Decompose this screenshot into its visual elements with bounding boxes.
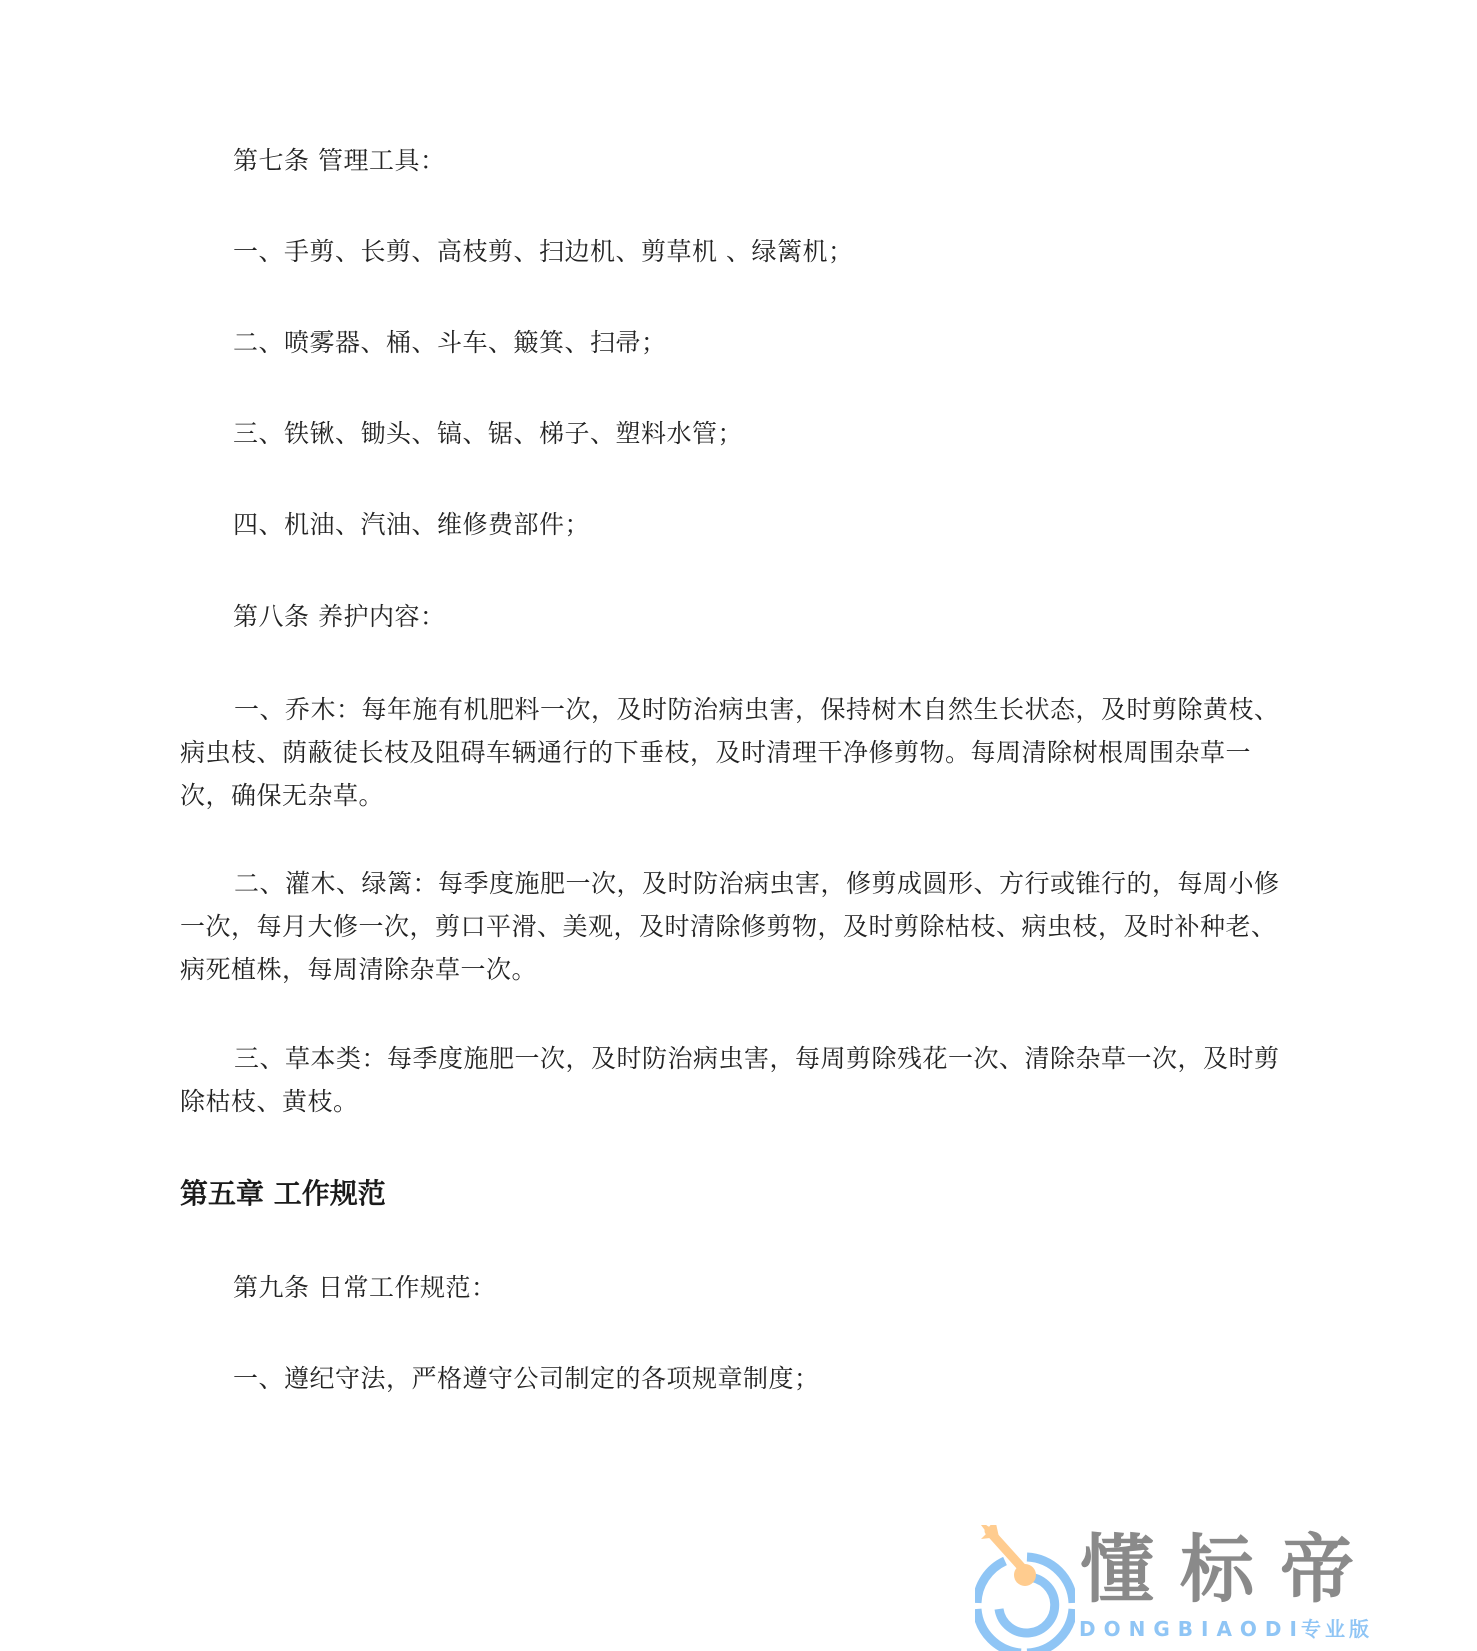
chapter-5-heading: 第五章 工作规范 [180, 1177, 386, 1211]
article-7-item-4: 四、机油、汽油、维修费部件； [233, 510, 590, 540]
article-8-item-2: 二、灌木、绿篱：每季度施肥一次，及时防治病虫害，修剪成圆形、方行或锥行的，每周小… [180, 862, 1300, 991]
article-9-item-1: 一、遵纪守法，严格遵守公司制定的各项规章制度； [233, 1364, 820, 1394]
watermark-logo: 懂标帝 DONGBIAODI专业版 [975, 1525, 1455, 1651]
article-7-title: 第七条 管理工具： [233, 146, 445, 176]
article-8-title: 第八条 养护内容： [233, 602, 445, 632]
article-7-item-1: 一、手剪、长剪、高枝剪、扫边机、剪草机 、绿篱机； [233, 237, 853, 267]
target-arrow-icon [975, 1525, 1075, 1651]
watermark-brand-en: DONGBIAODI专业版 [1079, 1617, 1373, 1641]
article-9-title: 第九条 日常工作规范： [233, 1273, 496, 1303]
watermark-edition: 专业版 [1301, 1617, 1373, 1641]
article-8-item-1: 一、乔木：每年施有机肥料一次，及时防治病虫害，保持树木自然生长状态，及时剪除黄枝… [180, 688, 1300, 817]
article-8-item-3: 三、草本类：每季度施肥一次，及时防治病虫害，每周剪除残花一次、清除杂草一次，及时… [180, 1037, 1300, 1123]
article-7-item-2: 二、喷雾器、桶、斗车、簸箕、扫帚； [233, 328, 667, 358]
watermark-brand-cn: 懂标帝 [1080, 1530, 1380, 1610]
watermark-brand-en-text: DONGBIAODI [1079, 1617, 1305, 1641]
article-7-item-3: 三、铁锹、锄头、镐、锯、梯子、塑料水管； [233, 419, 743, 449]
document-page: 第七条 管理工具： 一、手剪、长剪、高枝剪、扫边机、剪草机 、绿篱机； 二、喷雾… [0, 0, 1477, 1651]
